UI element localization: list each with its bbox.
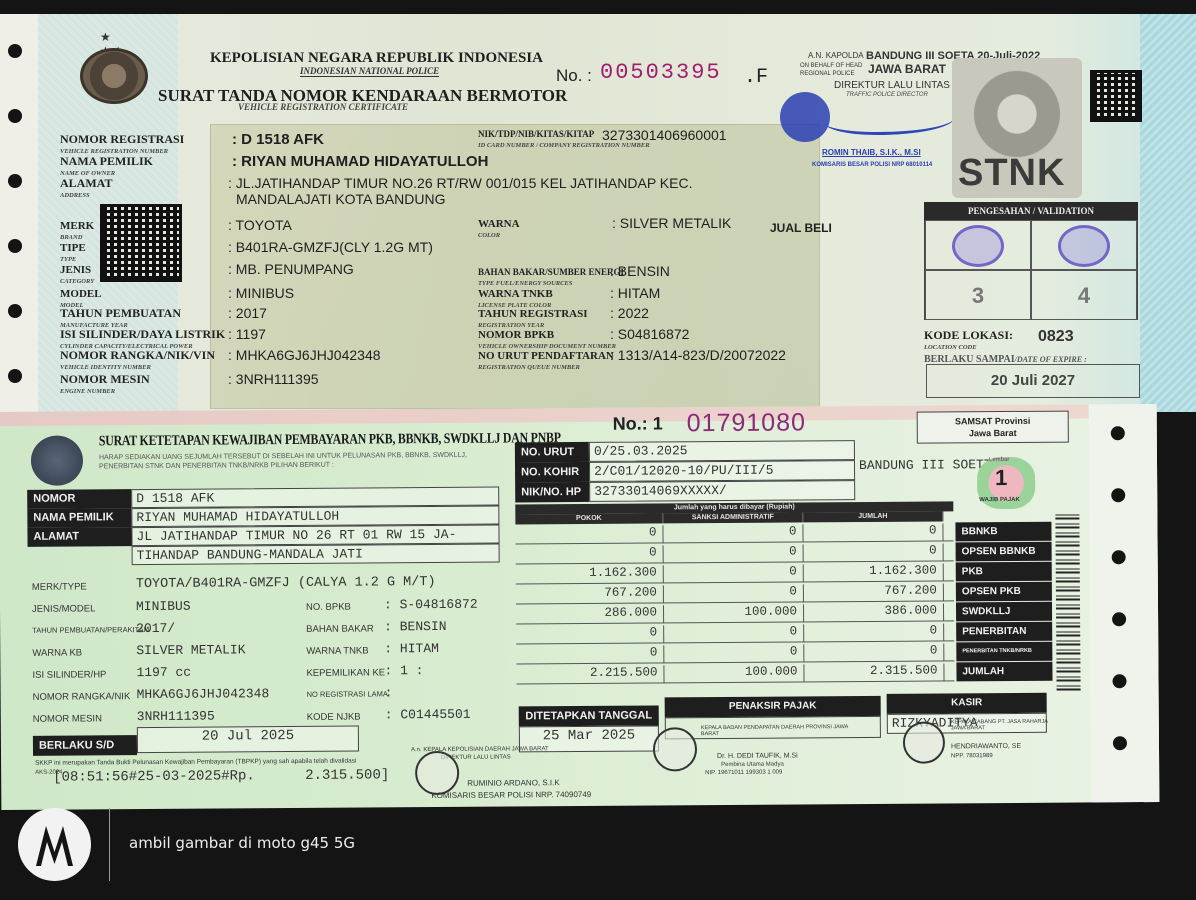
validation-cell-1 <box>925 220 1031 270</box>
payment-sanksi-cell: 0 <box>663 524 803 543</box>
signatory-3-name: HENDRIAWANTO, SE <box>951 743 1021 750</box>
agency-name-en: INDONESIAN NATIONAL POLICE <box>300 66 439 77</box>
payment-jumlah-cell: 767.200 <box>804 583 944 602</box>
stnk-field-label: NOMOR RANGKA/NIK/VINVEHICLE IDENTITY NUM… <box>60 346 215 371</box>
payment-sanksi-cell: 100.000 <box>664 604 804 623</box>
vehicle-detail-value: MINIBUS <box>136 599 191 614</box>
signatory-2-rank: Pembina Utama Madya <box>721 762 784 768</box>
vehicle-detail-value: 1197 cc <box>136 665 191 680</box>
watermark-divider <box>109 808 110 881</box>
qr-code-icon <box>1090 70 1142 122</box>
validation-stamp-icon <box>1058 225 1110 267</box>
stnk-field-value: : RIYAN MUHAMAD HIDAYATULLOH <box>232 154 488 169</box>
perforation-hole <box>8 304 22 318</box>
payment-row-label: JUMLAH <box>956 662 1052 682</box>
payment-sanksi-cell: 0 <box>664 644 804 663</box>
location-code-value: 0823 <box>1038 328 1074 346</box>
vehicle-detail-label: JENIS/MODEL <box>32 603 95 614</box>
samsat-box: SAMSAT Provinsi Jawa Barat <box>917 411 1069 444</box>
official-stamp-icon <box>653 727 697 771</box>
perforation-hole <box>8 369 22 383</box>
stnk-field-value: : MB. PENUMPANG <box>228 262 354 277</box>
payment-jumlah-cell: 2.315.500 <box>804 663 944 682</box>
vehicle-detail-label: NO REGISTRASI LAMA <box>307 689 388 699</box>
stnk-field-label: ALAMATADDRESS <box>60 174 112 199</box>
payment-sanksi-cell: 0 <box>664 584 804 603</box>
vehicle-detail-label: WARNA TNKB <box>306 645 368 656</box>
vehicle-detail-value: TOYOTA/B401RA-GMZFJ (CALYA 1.2 G M/T) <box>136 575 436 592</box>
valid-until-value: 20 Jul 2025 <box>137 726 359 754</box>
copy-badge-bottom: WAJIB PAJAK <box>979 497 1020 503</box>
stnk-field-value: : HITAM <box>610 286 660 301</box>
validation-cell-4: 4 <box>1031 270 1137 320</box>
stnk-field-value: MANDALAJATI KOTA BANDUNG <box>236 192 446 207</box>
stnk-field-value: : BENSIN <box>610 264 670 279</box>
vehicle-detail-label: MERK/TYPE <box>32 581 87 592</box>
owner-row-value: TIHANDAP BANDUNG-MANDALA JATI <box>132 544 500 566</box>
payment-row-label: OPSEN PKB <box>956 582 1052 602</box>
stnk-field-label: JENISCATEGORY <box>60 260 94 285</box>
owner-row-label: NAMA PEMILIK <box>27 508 131 528</box>
document-title-en: VEHICLE REGISTRATION CERTIFICATE <box>238 102 408 112</box>
stnk-field-value: : JL.JATIHANDAP TIMUR NO.26 RT/RW 001/01… <box>228 176 692 191</box>
stnk-field-value: : MHKA6GJ6JHJ042348 <box>228 348 381 363</box>
stnk-field-label: NO URUT PENDAFTARANREGISTRATION QUEUE NU… <box>478 346 614 371</box>
skkp-note: SKKP ini merupakan Tanda Bukti Pelunasan… <box>35 757 415 767</box>
payment-pokok-cell: 0 <box>516 625 664 644</box>
perforation-hole <box>1111 426 1125 440</box>
payment-pokok-cell: 0 <box>516 545 664 564</box>
owner-row-value: D 1518 AFK <box>131 487 499 509</box>
officer-name: ROMIN THAIB, S.I.K., M.SI <box>822 148 921 157</box>
tax-assessor-label: PENAKSIR PAJAK <box>665 696 881 718</box>
skkp-subtitle: HARAP SEDIAKAN UANG SEJUMLAH TERSEBUT DI… <box>99 451 489 472</box>
payment-jumlah-cell: 0 <box>804 543 944 562</box>
stnk-field-value: : 1197 <box>228 327 266 342</box>
payment-jumlah-cell: 0 <box>804 623 944 642</box>
perforation-hole <box>8 44 22 58</box>
validation-code: [08:51:56#25-03-2025#Rp. 2.315.500] <box>53 767 389 785</box>
serial-suffix: .F <box>744 66 768 89</box>
signatory-2-id: NIP. 19671011 199303 1 009 <box>705 770 782 777</box>
perforation-hole <box>8 239 22 253</box>
payment-row-label: BBNKB <box>955 522 1051 542</box>
payment-pokok-cell: 2.215.500 <box>516 665 664 684</box>
stnk-field-label: WARNACOLOR <box>478 214 520 239</box>
stnk-field-value: : 2017 <box>228 306 267 321</box>
an-kapolda: A.N. KAPOLDA <box>808 52 864 60</box>
vehicle-detail-value: SILVER METALIK <box>136 642 245 658</box>
barcode-icon <box>1055 511 1080 691</box>
skkp-card: SURAT KETETAPAN KEWAJIBAN PEMBAYARAN PKB… <box>0 404 1159 810</box>
stnk-field-value: : 1313/A14-823/D/20072022 <box>610 348 786 363</box>
stnk-field-value: : B401RA-GMZFJ(CLY 1.2G MT) <box>228 240 433 255</box>
vehicle-detail-value: : S-04816872 <box>384 597 478 613</box>
payment-row-label: PENERBITAN STNK <box>956 622 1052 642</box>
vehicle-detail-label: BAHAN BAKAR <box>306 623 374 634</box>
payment-row-label: SWDKLLJ <box>956 602 1052 622</box>
copy-badge-top: Lembar <box>989 457 1009 463</box>
payment-pokok-cell: 0 <box>515 525 663 544</box>
perforation-hole <box>1112 550 1126 564</box>
vehicle-detail-label: NOMOR RANGKA/NIK <box>33 691 131 703</box>
signatory-3-title: KEPALA CABANG PT. JASA RAHARJA JAWA BARA… <box>951 719 1051 732</box>
copy-badge-number: 1 <box>995 465 1007 491</box>
payment-jumlah-cell: 0 <box>804 643 944 662</box>
cashier-label: KASIR <box>887 693 1047 714</box>
issuer-director: DIREKTUR LALU LINTAS <box>834 80 950 91</box>
vehicle-detail-value: : BENSIN <box>384 619 447 634</box>
payment-row-label: OPSEN BBNKB <box>956 542 1052 562</box>
vehicle-detail-label: WARNA KB <box>32 647 82 658</box>
stnk-field-value: : SILVER METALIK <box>612 216 731 231</box>
vehicle-detail-value: : <box>385 685 393 700</box>
assessed-date-label: DITETAPKAN TANGGAL <box>519 705 659 726</box>
payment-jumlah-cell: 1.162.300 <box>804 563 944 582</box>
skkp-number-label: No.: 1 <box>613 413 663 434</box>
vehicle-detail-value: : 1 : <box>384 663 423 678</box>
vehicle-detail-label: NO. BPKB <box>306 602 351 613</box>
payment-pokok-cell: 1.162.300 <box>516 565 664 584</box>
owner-row-label: ALAMAT <box>27 527 131 547</box>
stnk-field-value: : TOYOTA <box>228 218 292 233</box>
nik-value: 3273301406960001 <box>602 128 727 143</box>
stnk-field-value: : S04816872 <box>610 327 689 342</box>
perforated-strip <box>0 14 38 412</box>
meta-row-value: 32733014069XXXXX/ <box>589 480 855 502</box>
motorola-m-icon <box>18 808 91 881</box>
vehicle-detail-value: 3NRH111395 <box>137 709 215 725</box>
vehicle-detail-label: KODE NJKB <box>307 712 361 723</box>
official-stamp-icon <box>780 92 830 142</box>
perforation-hole <box>8 109 22 123</box>
issuer-director-en: TRAFFIC POLICE DIRECTOR <box>846 92 928 98</box>
police-emblem-icon <box>80 48 148 104</box>
stnk-field-value: : D 1518 AFK <box>232 132 324 147</box>
vehicle-detail-label: KEPEMILIKAN KE <box>306 667 385 679</box>
stnk-hologram-text: STNK <box>958 152 1065 195</box>
signatory-3-id: NPP. 78031989 <box>951 753 993 759</box>
vehicle-detail-label: ISI SILINDER/HP <box>32 669 106 681</box>
meta-row-label: NIK/NO. HP <box>515 482 589 503</box>
payment-pokok-cell: 767.200 <box>516 585 664 604</box>
payment-sanksi-cell: 0 <box>664 544 804 563</box>
official-stamp-icon <box>415 751 459 795</box>
owner-row-value: JL JATIHANDAP TIMUR NO 26 RT 01 RW 15 JA… <box>131 525 499 547</box>
payment-sanksi-cell: 100.000 <box>664 664 804 683</box>
perforation-hole <box>1113 736 1127 750</box>
payment-jumlah-cell: 386.000 <box>804 603 944 622</box>
location-code-label: KODE LOKASI: LOCATION CODE <box>924 326 1013 351</box>
perforation-hole <box>8 174 22 188</box>
vehicle-detail-value: MHKA6GJ6JHJ042348 <box>137 686 270 702</box>
serial-label: No. : <box>556 66 592 86</box>
validation-cell-3: 3 <box>925 270 1031 320</box>
perforation-hole <box>1112 674 1126 688</box>
meta-row-value: 2/C01/12020-10/PU/III/5 <box>589 460 855 482</box>
stnk-field-value: : 2022 <box>610 306 649 321</box>
signatory-2-name: Dr. H. DEDI TAUFIK, M.Si <box>717 752 798 760</box>
issuer-region: JAWA BARAT <box>868 62 946 76</box>
qr-code-icon <box>100 204 182 282</box>
vehicle-detail-value: : C01445501 <box>385 707 471 723</box>
signatory-1-id: KOMISARIS BESAR POLISI NRP. 74090749 <box>431 790 591 800</box>
perforation-hole <box>1112 612 1126 626</box>
vehicle-detail-label: NOMOR MESIN <box>33 713 102 724</box>
payment-jumlah-cell: 0 <box>803 523 943 542</box>
signatory-2-title: KEPALA BADAN PENDAPATAN DAERAH PROVINSI … <box>701 724 851 737</box>
stnk-field-value: : 3NRH111395 <box>228 372 319 387</box>
vehicle-detail-value: : HITAM <box>384 641 439 656</box>
skkp-title: SURAT KETETAPAN KEWAJIBAN PEMBAYARAN PKB… <box>99 430 561 450</box>
jual-beli-note: JUAL BELI <box>770 221 832 235</box>
payment-row-label: PKB <box>956 562 1052 582</box>
stnk-field-value: : MINIBUS <box>228 286 294 301</box>
valid-until-label: BERLAKU S/D <box>33 735 137 756</box>
signatory-1-name: RUMINIO ARDANO, S.I.K <box>467 778 560 788</box>
expiry-date: 20 Juli 2027 <box>926 364 1140 398</box>
owner-row-label: NOMOR REGISTRASI <box>27 489 131 509</box>
agency-name: KEPOLISIAN NEGARA REPUBLIK INDONESIA <box>210 50 543 67</box>
watermark-caption: ambil gambar di moto g45 5G <box>129 834 355 852</box>
payment-sanksi-cell: 0 <box>664 624 804 643</box>
payment-row-label: PENERBITAN TNKB/NRKB PILIHAN <box>956 642 1052 662</box>
official-stamp-icon <box>903 721 945 763</box>
payment-pokok-cell: 286.000 <box>516 605 664 624</box>
security-pattern <box>1140 14 1196 412</box>
skkp-serial: 01791080 <box>687 408 806 438</box>
officer-rank: KOMISARIS BESAR POLISI NRP 68010114 <box>812 162 932 168</box>
validation-cell-2 <box>1031 220 1137 270</box>
meta-row-label: NO. URUT <box>515 442 589 463</box>
government-seal-icon <box>31 435 83 485</box>
meta-row-value: 0/25.03.2025 <box>589 440 855 462</box>
serial-number: 00503395 <box>600 60 722 85</box>
owner-row-value: RIYAN MUHAMAD HIDAYATULLOH <box>131 506 499 528</box>
validation-title: PENGESAHAN / VALIDATION <box>924 202 1138 220</box>
payment-pokok-cell: 0 <box>516 645 664 664</box>
perforation-hole <box>1111 488 1125 502</box>
validation-stamp-icon <box>952 225 1004 267</box>
meta-row-label: NO. KOHIR <box>515 462 589 483</box>
stnk-field-label: NOMOR MESINENGINE NUMBER <box>60 370 150 395</box>
vehicle-detail-value: 2017/ <box>136 621 175 636</box>
vehicle-detail-label: TAHUN PEMBUATAN/PERAKITAN <box>32 625 149 635</box>
payment-sanksi-cell: 0 <box>664 564 804 583</box>
